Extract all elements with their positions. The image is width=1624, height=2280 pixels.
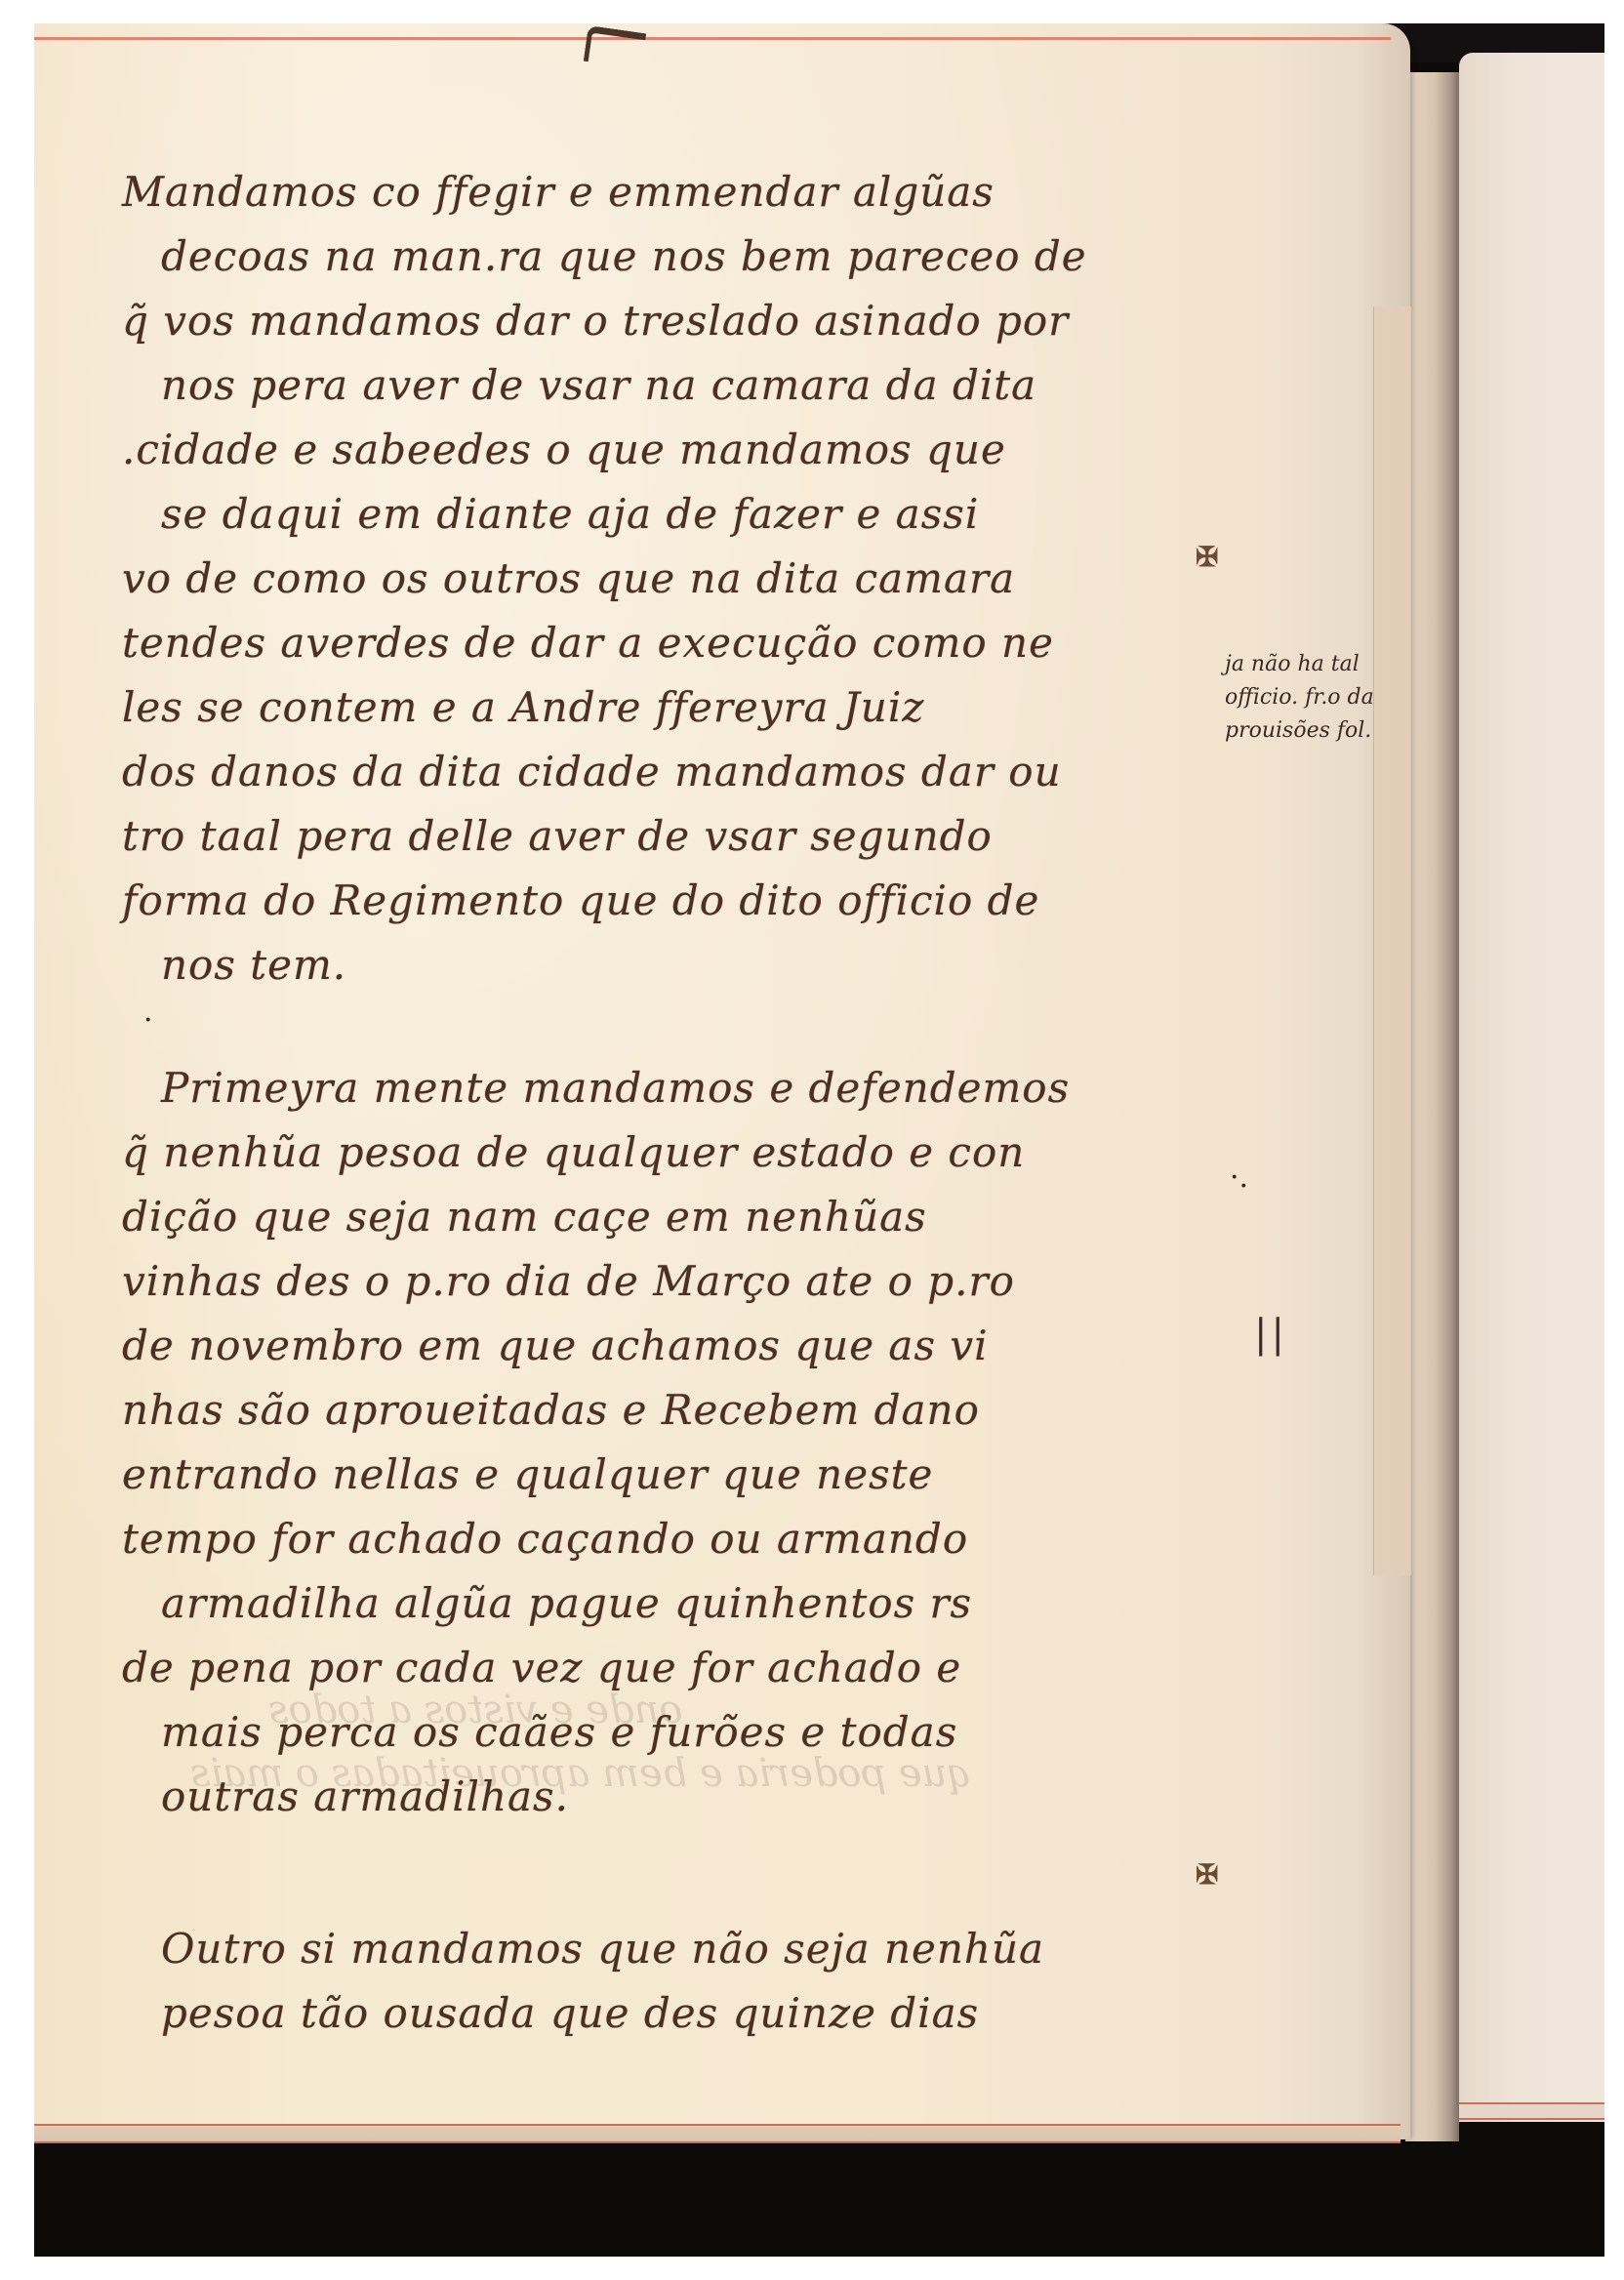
cross-mark-icon: ✠ [1196, 1858, 1218, 1891]
catchmark-icon [584, 25, 647, 69]
facing-page-edge [1459, 2102, 1604, 2120]
text-line: tro taal pera delle aver de vsar segundo [122, 804, 1322, 869]
text-line: dição que seja nam caçe em nenhũas [122, 1185, 1322, 1249]
text-line: vo de como os outros que na dita camara [122, 547, 1322, 611]
margin-note-line: officio. fr.o da [1225, 681, 1401, 714]
text-line: tempo for achado caçando ou armando [122, 1507, 1322, 1571]
book-gutter [1405, 72, 1459, 2141]
margin-dot: ·. [1230, 1160, 1248, 1195]
tick-marks: || [1254, 1312, 1288, 1357]
text-line: nhas são aproueitadas e Recebem dano [122, 1378, 1322, 1443]
text-line: tendes averdes de dar a execução como ne [122, 611, 1322, 675]
text-line: mais perca os caães e furões e todas [122, 1700, 1322, 1765]
text-line: outras armadilhas. [122, 1765, 1322, 1829]
text-line: entrando nellas e qualquer que neste [122, 1443, 1322, 1507]
text-line: les se contem e a Andre ffereyra Juiz [122, 675, 1322, 740]
paragraph-3: Outro si mandamos que não seja nenhũa pe… [122, 1917, 1322, 2046]
cross-mark-icon: ✠ [1196, 541, 1218, 573]
text-line: Primeyra mente mandamos e defendemos [122, 1056, 1322, 1120]
manuscript-text: Mandamos co ffegir e emmendar algũas dec… [122, 160, 1322, 2046]
manuscript-scan: onde e vistos a todos que poderia e bem … [34, 23, 1604, 2257]
text-line: de novembro em que achamos que as vi [122, 1314, 1322, 1378]
text-line: de pena por cada vez que for achado e [122, 1636, 1322, 1700]
red-edge-bottom [34, 2124, 1401, 2143]
text-line: Outro si mandamos que não seja nenhũa [122, 1917, 1322, 1981]
text-line: forma do Regimento que do dito officio d… [122, 869, 1322, 933]
manuscript-page: onde e vistos a todos que poderia e bem … [34, 23, 1410, 2139]
text-line: nos pera aver de vsar na camara da dita [122, 353, 1322, 418]
text-line: .cidade e sabeedes o que mandamos que [122, 418, 1322, 482]
text-line: Mandamos co ffegir e emmendar algũas [122, 160, 1322, 224]
text-line: armadilha algũa pague quinhentos rs [122, 1571, 1322, 1636]
text-line: vinhas des o p.ro dia de Março ate o p.r… [122, 1249, 1322, 1314]
text-line: dos danos da dita cidade mandamos dar ou [122, 740, 1322, 804]
red-edge-top [34, 37, 1391, 40]
margin-note: ja não ha tal officio. fr.o da prouisões… [1225, 648, 1401, 748]
margin-note-line: prouisões fol. [1225, 714, 1401, 748]
text-line: q̃ nenhũa pesoa de qualquer estado e con [122, 1120, 1322, 1185]
text-line: se daqui em diante aja de fazer e assi [122, 482, 1322, 547]
paragraph-gap [122, 997, 1322, 1056]
paragraph-1: Mandamos co ffegir e emmendar algũas dec… [122, 160, 1322, 997]
facing-page [1459, 53, 1604, 2122]
text-line: nos tem. [122, 933, 1322, 997]
margin-note-line: ja não ha tal [1225, 648, 1401, 681]
margin-dot: . [143, 995, 153, 1029]
text-line: q̃ vos mandamos dar o treslado asinado p… [122, 289, 1322, 353]
paragraph-gap [122, 1829, 1322, 1917]
text-line: decoas na man.ra que nos bem pareceo de [122, 224, 1322, 289]
text-line: pesoa tão ousada que des quinze dias [122, 1981, 1322, 2046]
repair-patch [1373, 306, 1411, 1575]
paragraph-2: Primeyra mente mandamos e defendemos q̃ … [122, 1056, 1322, 1829]
